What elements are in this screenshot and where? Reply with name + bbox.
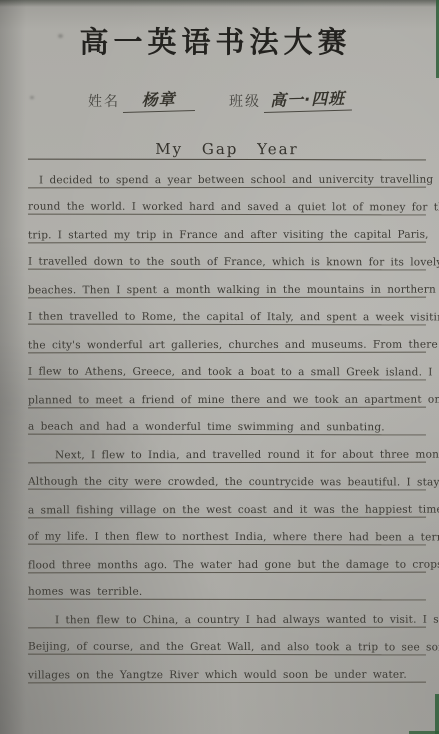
essay-line: I then travelled to Rome, the capital of… [28, 297, 426, 325]
competition-title: 高一英语书法大赛 [0, 20, 431, 61]
photo-shadow-top [0, 0, 439, 7]
essay-line: flood three months ago. The water had go… [28, 544, 426, 572]
essay-line: planned to meet a friend of mine there a… [28, 379, 426, 407]
essay-line: beaches. Then I spent a month walking in… [28, 269, 426, 297]
photographed-document: { "header": { "competition_title": "高一英语… [0, 0, 439, 734]
essay-line: I travelled down to the south of France,… [28, 242, 426, 270]
essay-line: Next, I flew to India, and travelled rou… [28, 434, 426, 462]
student-meta-row: 姓名杨章班级高一·四班 [88, 88, 419, 113]
essay-line: the city's wonderful art galleries, chur… [28, 324, 426, 352]
essay-line: a small fishing village on the west coas… [28, 489, 426, 517]
essay-line: I decided to spend a year between school… [28, 159, 426, 187]
essay-line: a beach and had a wonderful time swimmin… [28, 407, 426, 435]
essay-body: My Gap Year I decided to spend a year be… [28, 132, 426, 682]
name-value-handwritten: 杨章 [122, 86, 195, 113]
photo-shadow-left [0, 0, 26, 734]
essay-line: homes was terrible. [28, 572, 426, 600]
name-label: 姓名 [88, 91, 120, 111]
class-value-handwritten: 高一·四班 [263, 86, 352, 113]
class-label: 班级 [229, 91, 261, 111]
essay-line: Although the city were crowded, the coun… [28, 462, 426, 490]
photo-green-edge-bottom-right [435, 694, 439, 734]
essay-line: of my life. I then flew to northest Indi… [28, 517, 426, 545]
essay-line: Beijing, of course, and the Great Wall, … [28, 627, 426, 655]
essay-line: I flew to Athens, Greece, and took a boa… [28, 352, 426, 380]
essay-line: I then flew to China, a country I had al… [28, 599, 426, 627]
paper-speckle [30, 96, 34, 99]
essay-title: My Gap Year [28, 132, 426, 160]
essay-line: round the world. I worked hard and saved… [28, 187, 426, 215]
essay-line: villages on the Yangtze River which woul… [28, 654, 426, 682]
essay-line: trip. I started my trip in France and af… [28, 214, 426, 242]
